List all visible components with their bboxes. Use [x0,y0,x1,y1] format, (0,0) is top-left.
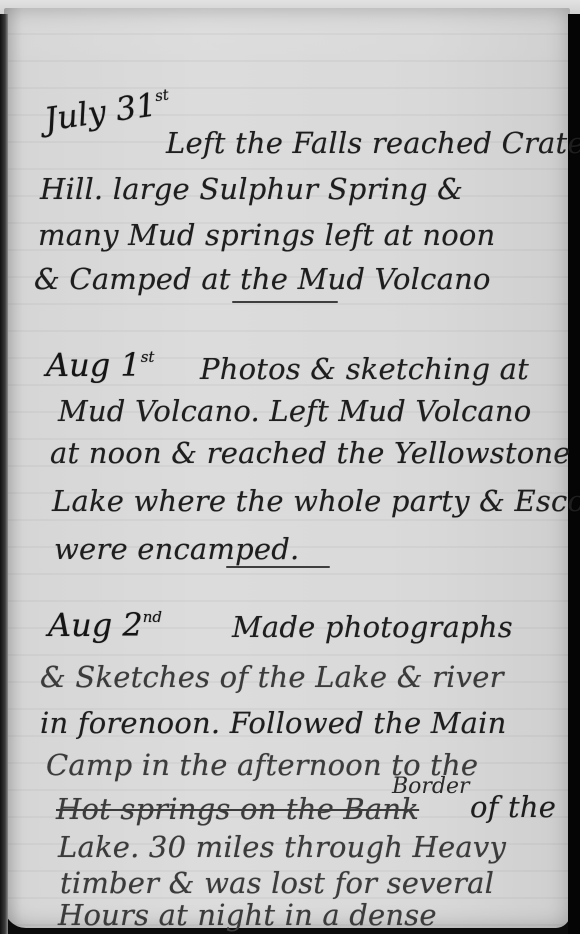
entry-date-aug-1: Aug 1st [46,346,154,384]
entry-line: Hill. large Sulphur Spring & [40,172,463,206]
entry-line: Left the Falls reached Crater [166,126,580,160]
entry-date-aug-2: Aug 2nd [48,606,162,644]
page-left-binding [0,14,8,934]
entry-line: & Sketches of the Lake & river [40,660,504,694]
entry-line: Made photographs [232,610,513,644]
entry-line: in forenoon. Followed the Main [40,706,507,740]
entry-line: Hours at night in a dense [58,898,437,932]
entry-line: of the [470,790,556,824]
entry-line: & Camped at the Mud Volcano [34,262,491,296]
entry-line: Lake. 30 miles through Heavy [58,830,506,864]
entry-line: Lake where the whole party & Escort [52,484,580,518]
journal-scan: July 31st Left the Falls reached Crater … [0,0,580,934]
entry-line: many Mud springs left at noon [38,218,495,252]
entry-line: timber & was lost for several [60,866,494,900]
entry-line: were encamped. [54,532,299,566]
entry-line: Mud Volcano. Left Mud Volcano [58,394,531,428]
entry-line: at noon & reached the Yellowstone [50,436,571,470]
entry-separator-underline [232,301,338,303]
entry-separator-underline [226,566,330,568]
entry-line: Photos & sketching at [200,352,529,386]
struck-through-text: Hot springs on the Bank [56,792,419,826]
